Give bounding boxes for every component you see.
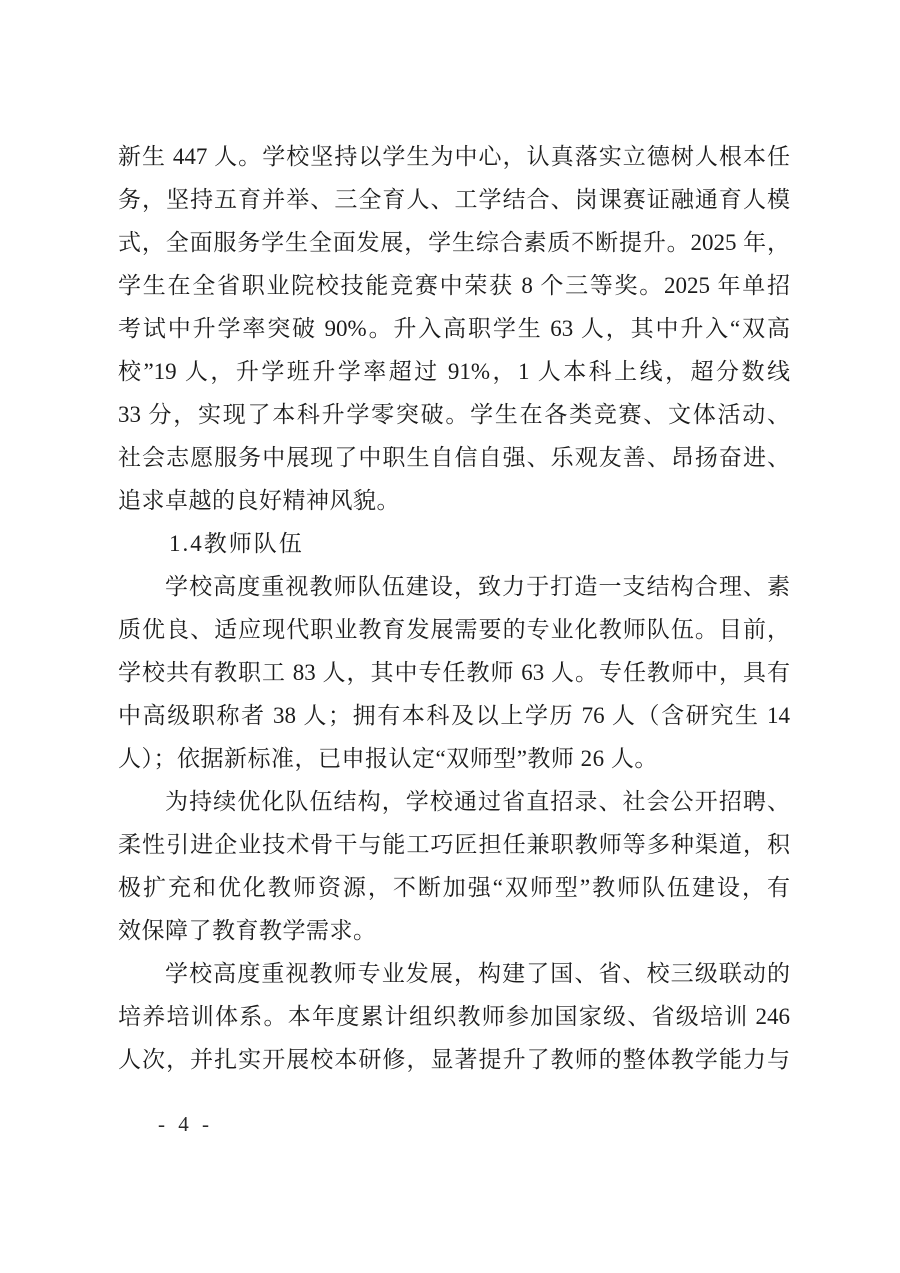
- text-line: 校”19 人，升学班升学率超过 91%，1 人本科上线，超分数线: [118, 350, 790, 393]
- text-line: 学生在全省职业院校技能竞赛中荣获 8 个三等奖。2025 年单招: [118, 264, 790, 307]
- text-line: 极扩充和优化教师资源，不断加强“双师型”教师队伍建设，有: [118, 866, 790, 909]
- text-line: 学校共有教职工 83 人，其中专任教师 63 人。专任教师中，具有: [118, 651, 790, 694]
- text-line: 为持续优化队伍结构，学校通过省直招录、社会公开招聘、: [118, 780, 790, 823]
- section-heading: 1.4教师队伍: [118, 522, 790, 565]
- text-line: 人）；依据新标准，已申报认定“双师型”教师 26 人。: [118, 737, 790, 780]
- text-line: 新生 447 人。学校坚持以学生为中心，认真落实立德树人根本任: [118, 135, 790, 178]
- text-line: 33 分，实现了本科升学零突破。学生在各类竞赛、文体活动、: [118, 393, 790, 436]
- text-line: 学校高度重视教师专业发展，构建了国、省、校三级联动的: [118, 952, 790, 995]
- page-number: - 4 -: [158, 1112, 213, 1137]
- text-line: 式，全面服务学生全面发展，学生综合素质不断提升。2025 年，: [118, 221, 790, 264]
- text-line: 质优良、适应现代职业教育发展需要的专业化教师队伍。目前，: [118, 608, 790, 651]
- text-line: 中高级职称者 38 人；拥有本科及以上学历 76 人（含研究生 14: [118, 694, 790, 737]
- text-line: 柔性引进企业技术骨干与能工巧匠担任兼职教师等多种渠道，积: [118, 823, 790, 866]
- text-column: 新生 447 人。学校坚持以学生为中心，认真落实立德树人根本任 务，坚持五育并举…: [118, 135, 790, 1081]
- text-line: 考试中升学率突破 90%。升入高职学生 63 人，其中升入“双高: [118, 307, 790, 350]
- text-line: 务，坚持五育并举、三全育人、工学结合、岗课赛证融通育人模: [118, 178, 790, 221]
- text-line: 学校高度重视教师队伍建设，致力于打造一支结构合理、素: [118, 565, 790, 608]
- text-line: 效保障了教育教学需求。: [118, 909, 790, 952]
- text-line: 追求卓越的良好精神风貌。: [118, 479, 790, 522]
- text-line: 培养培训体系。本年度累计组织教师参加国家级、省级培训 246: [118, 995, 790, 1038]
- document-page: 新生 447 人。学校坚持以学生为中心，认真落实立德树人根本任 务，坚持五育并举…: [0, 0, 900, 1273]
- text-line: 人次，并扎实开展校本研修，显著提升了教师的整体教学能力与: [118, 1038, 790, 1081]
- text-line: 社会志愿服务中展现了中职生自信自强、乐观友善、昂扬奋进、: [118, 436, 790, 479]
